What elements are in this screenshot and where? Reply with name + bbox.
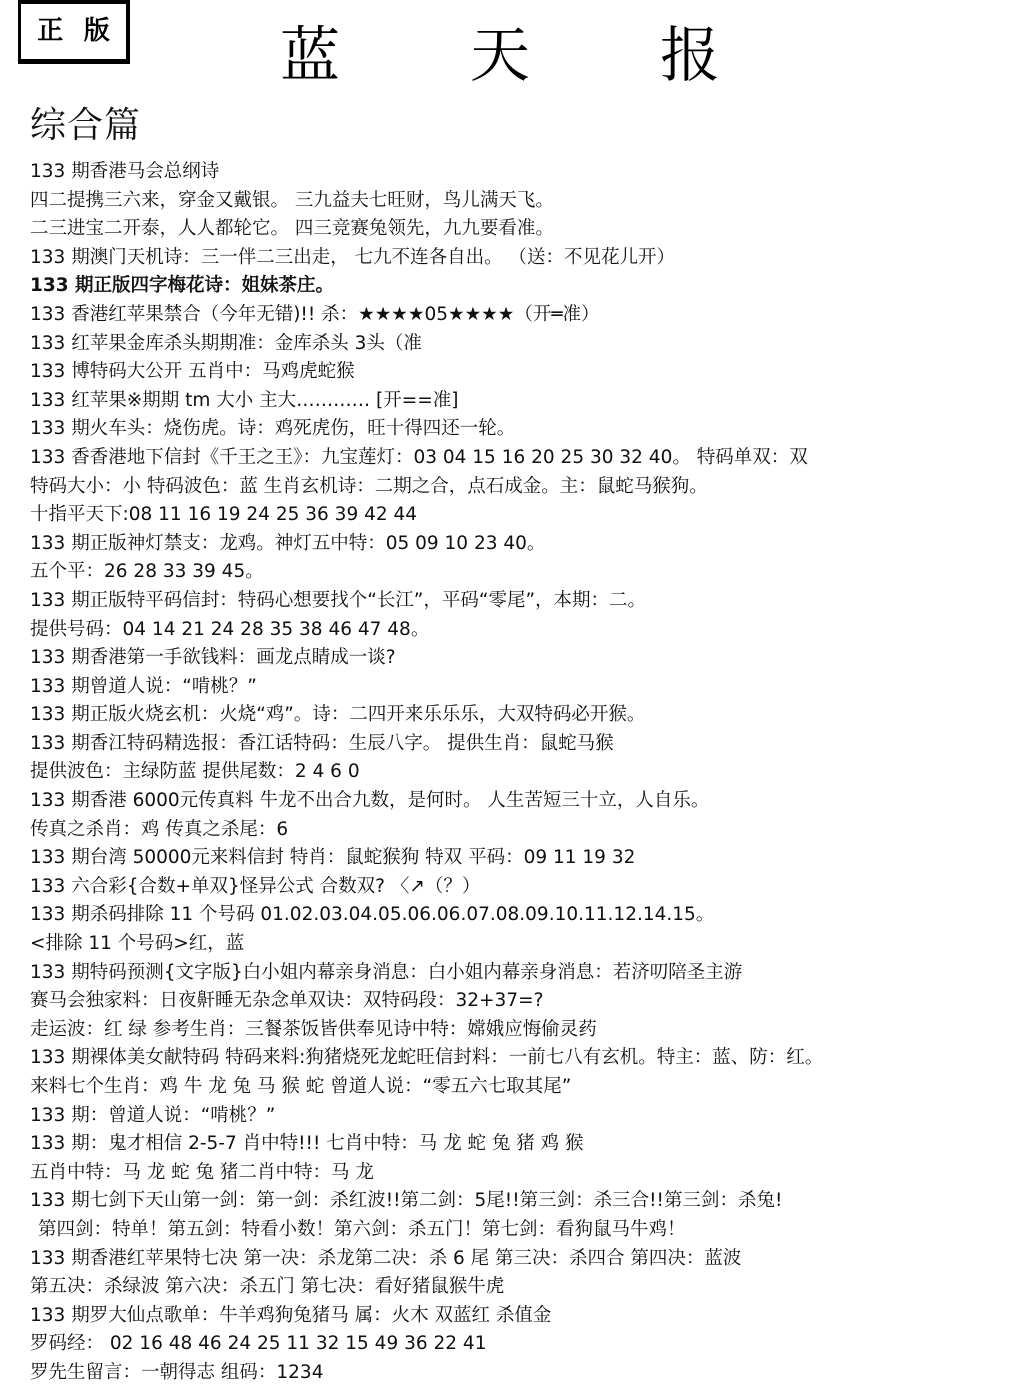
content-lines: 133 期香港马会总纲诗四二提携三六来，穿金又戴银。 三九益夫七旺财，鸟儿满天飞…: [30, 158, 1015, 1388]
text-line: 传真之杀肖：鸡 传真之杀尾：6: [30, 816, 1015, 845]
text-line: 133 六合彩{合数+单双}怪异公式 合数双? 〈↗（？）: [30, 873, 1015, 902]
text-line: 罗码经： 02 16 48 46 24 25 11 32 15 49 36 22…: [30, 1330, 1015, 1359]
text-line: 133 期：曾道人说：“啃桃？”: [30, 1102, 1015, 1131]
text-line: 133 期曾道人说：“啃桃？”: [30, 673, 1015, 702]
section-title: 综合篇: [30, 108, 141, 144]
text-line: 133 期正版火烧玄机：火烧“鸡”。诗：二四开来乐乐乐，大双特码必开猴。: [30, 701, 1015, 730]
text-line: 133 期澳门天机诗：三一伴二三出走， 七九不连各自出。 （送：不见花儿开）: [30, 244, 1015, 273]
badge-char-1: 正: [37, 18, 63, 44]
text-line: <排除 11 个号码>红，蓝: [30, 930, 1015, 959]
text-line: 133 期香港 6000元传真料 牛龙不出合九数，是何时。 人生苦短三十立，人自…: [30, 787, 1015, 816]
text-line: 133 期香港红苹果特七决 第一决：杀龙第二决：杀 6 尾 第三决：杀四合 第四…: [30, 1245, 1015, 1274]
text-line: 133 期七剑下天山第一剑：第一剑：杀红波!!第二剑：5尾!!第三剑：杀三合!!…: [30, 1187, 1015, 1216]
text-line: 133 期杀码排除 11 个号码 01.02.03.04.05.06.06.07…: [30, 901, 1015, 930]
masthead-char-2: 天: [460, 26, 540, 86]
text-line: 五肖中特：马 龙 蛇 兔 猪二肖中特：马 龙: [30, 1159, 1015, 1188]
text-line: 133 期正版四字梅花诗：姐妹茶庄。: [30, 272, 1015, 301]
masthead-char-3: 报: [650, 26, 730, 86]
text-line: 133 期火车头：烧伤虎。诗：鸡死虎伤，旺十得四还一轮。: [30, 415, 1015, 444]
text-line: 133 香港红苹果禁合（今年无错)!! 杀：★★★★05★★★★（开═准）: [30, 301, 1015, 330]
text-line: 133 红苹果※期期 tm 大小 主大………… [开==准]: [30, 387, 1015, 416]
text-line: 十指平天下:08 11 16 19 24 25 36 39 42 44: [30, 501, 1015, 530]
text-line: 133 期香港第一手欲钱料：画龙点睛成一谈?: [30, 644, 1015, 673]
text-line: 二三进宝二开泰，人人都轮它。 四三竞赛兔领先，九九要看准。: [30, 215, 1015, 244]
text-line: 第四剑：特单！第五剑：特看小数！第六剑：杀五门！第七剑：看狗鼠马牛鸡！: [30, 1216, 1015, 1245]
text-line: 提供号码：04 14 21 24 28 35 38 46 47 48。: [30, 616, 1015, 645]
masthead-title: 蓝 天 报: [270, 20, 730, 92]
text-line: 第五决：杀绿波 第六决：杀五门 第七决：看好猪鼠猴牛虎: [30, 1273, 1015, 1302]
text-line: 133 红苹果金库杀头期期准：金库杀头 3头（准: [30, 330, 1015, 359]
text-line: 来料七个生肖：鸡 牛 龙 兔 马 猴 蛇 曾道人说：“零五六七取其尾”: [30, 1073, 1015, 1102]
badge-char-2: 版: [84, 18, 110, 44]
text-line: 五个平：26 28 33 39 45。: [30, 558, 1015, 587]
text-line: 133 香香港地下信封《千王之王》：九宝莲灯：03 04 15 16 20 25…: [30, 444, 1015, 473]
text-line: 133 期特码预测{文字版}白小姐内幕亲身消息：白小姐内幕亲身消息：若济叨陪圣主…: [30, 959, 1015, 988]
text-line: 罗先生留言：一朝得志 组码：1234: [30, 1359, 1015, 1388]
text-line: 133 期罗大仙点歌单：牛羊鸡狗兔猪马 属：火木 双蓝红 杀值金: [30, 1302, 1015, 1331]
text-line: 赛马会独家料：日夜鼾睡无杂念单双诀：双特码段：32+37=?: [30, 987, 1015, 1016]
masthead-char-1: 蓝: [270, 26, 350, 86]
text-line: 133 期正版特平码信封：特码心想要找个“长江”，平码“零尾”，本期：二。: [30, 587, 1015, 616]
text-line: 133 期正版神灯禁支：龙鸡。神灯五中特：05 09 10 23 40。: [30, 530, 1015, 559]
text-line: 133 博特码大公开 五肖中：马鸡虎蛇猴: [30, 358, 1015, 387]
text-line: 提供波色：主绿防蓝 提供尾数：2 4 6 0: [30, 758, 1015, 787]
text-line: 133 期香江特码精选报：香江话特码：生辰八字。 提供生肖：鼠蛇马猴: [30, 730, 1015, 759]
text-line: 133 期香港马会总纲诗: [30, 158, 1015, 187]
text-line: 特码大小：小 特码波色：蓝 生肖玄机诗：二期之合，点石成金。主：鼠蛇马猴狗。: [30, 473, 1015, 502]
text-line: 133 期台湾 50000元来料信封 特肖：鼠蛇猴狗 特双 平码：09 11 1…: [30, 844, 1015, 873]
text-line: 四二提携三六来，穿金又戴银。 三九益夫七旺财，鸟儿满天飞。: [30, 187, 1015, 216]
text-line: 133 期：鬼才相信 2-5-7 肖中特!!! 七肖中特：马 龙 蛇 兔 猪 鸡…: [30, 1130, 1015, 1159]
text-line: 走运波：红 绿 参考生肖：三餐茶饭皆供奉见诗中特：嫦娥应悔偷灵药: [30, 1016, 1015, 1045]
text-line: 133 期裸体美女献特码 特码来料:狗猪烧死龙蛇旺信封料：一前七八有玄机。特主：…: [30, 1044, 1015, 1073]
genuine-edition-badge: 正 版: [18, 0, 130, 64]
